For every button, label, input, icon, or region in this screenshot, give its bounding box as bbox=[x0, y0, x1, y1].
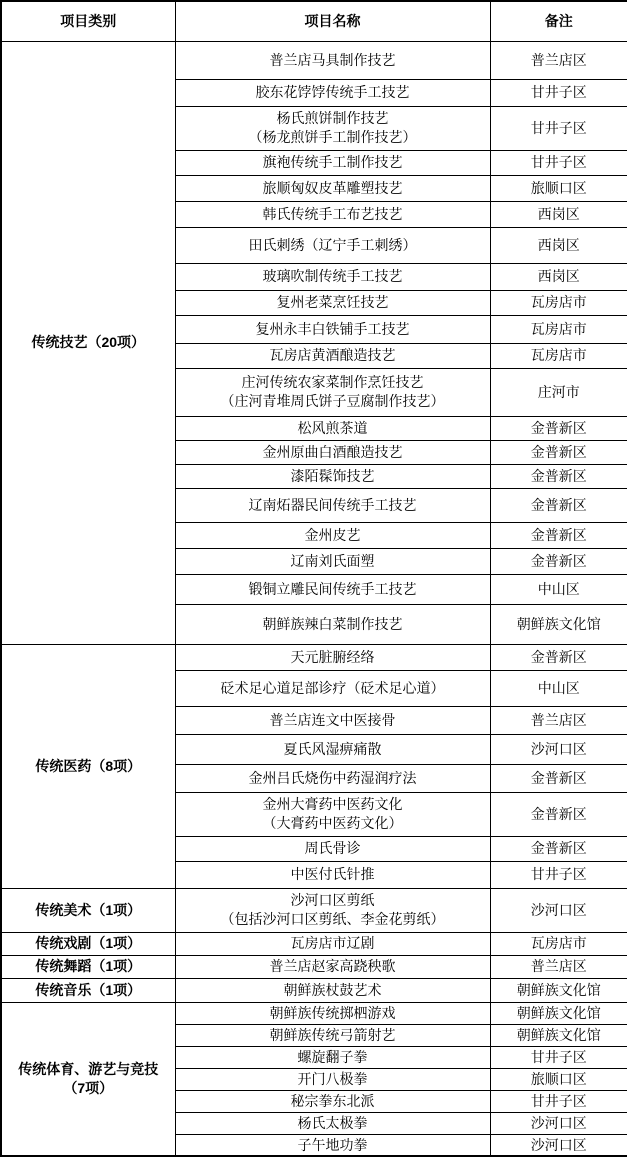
project-name-cell: 旅顺匈奴皮革雕塑技艺 bbox=[175, 175, 490, 201]
note-cell: 金普新区 bbox=[490, 792, 627, 836]
note-cell: 中山区 bbox=[490, 574, 627, 604]
note-cell: 瓦房店市 bbox=[490, 315, 627, 343]
header-note: 备注 bbox=[490, 1, 627, 41]
project-name-cell: 复州老菜烹饪技艺 bbox=[175, 290, 490, 315]
project-name-cell: 朝鲜族辣白菜制作技艺 bbox=[175, 604, 490, 644]
project-name-cell: 秘宗拳东北派 bbox=[175, 1090, 490, 1112]
note-cell: 金普新区 bbox=[490, 764, 627, 792]
project-name-cell: 田氏刺绣（辽宁手工刺绣） bbox=[175, 227, 490, 263]
project-name-cell: 金州皮艺 bbox=[175, 522, 490, 548]
note-cell: 朝鲜族文化馆 bbox=[490, 1002, 627, 1024]
note-cell: 金普新区 bbox=[490, 440, 627, 464]
note-cell: 金普新区 bbox=[490, 522, 627, 548]
category-cell: 传统体育、游艺与竞技 （7项） bbox=[1, 1002, 175, 1156]
note-cell: 沙河口区 bbox=[490, 1134, 627, 1156]
project-name-cell: 金州原曲白酒酿造技艺 bbox=[175, 440, 490, 464]
note-cell: 旅顺口区 bbox=[490, 1068, 627, 1090]
project-name-cell: 松风煎茶道 bbox=[175, 416, 490, 440]
note-cell: 朝鲜族文化馆 bbox=[490, 604, 627, 644]
note-cell: 西岗区 bbox=[490, 227, 627, 263]
project-name-cell: 韩氏传统手工布艺技艺 bbox=[175, 201, 490, 227]
header-category: 项目类别 bbox=[1, 1, 175, 41]
note-cell: 西岗区 bbox=[490, 201, 627, 227]
note-cell: 朝鲜族文化馆 bbox=[490, 978, 627, 1002]
document-page: 项目类别 项目名称 备注 传统技艺（20项）普兰店马具制作技艺普兰店区胶东花饽饽… bbox=[0, 0, 627, 1157]
note-cell: 瓦房店市 bbox=[490, 343, 627, 368]
note-cell: 金普新区 bbox=[490, 464, 627, 488]
project-name-cell: 瓦房店黄酒酿造技艺 bbox=[175, 343, 490, 368]
note-cell: 甘井子区 bbox=[490, 150, 627, 175]
table-row: 传统音乐（1项）朝鲜族杖鼓艺术朝鲜族文化馆 bbox=[1, 978, 627, 1002]
note-cell: 甘井子区 bbox=[490, 106, 627, 150]
note-cell: 甘井子区 bbox=[490, 1046, 627, 1068]
project-name-cell: 庄河传统农家菜制作烹饪技艺 （庄河青堆周氏饼子豆腐制作技艺） bbox=[175, 368, 490, 416]
project-name-cell: 螺旋翻子拳 bbox=[175, 1046, 490, 1068]
header-row: 项目类别 项目名称 备注 bbox=[1, 1, 627, 41]
note-cell: 中山区 bbox=[490, 670, 627, 706]
category-cell: 传统技艺（20项） bbox=[1, 41, 175, 644]
project-name-cell: 旗袍传统手工制作技艺 bbox=[175, 150, 490, 175]
category-cell: 传统舞蹈（1项） bbox=[1, 955, 175, 978]
note-cell: 金普新区 bbox=[490, 644, 627, 670]
project-name-cell: 锻铜立雕民间传统手工技艺 bbox=[175, 574, 490, 604]
table-row: 传统医药（8项）天元脏腑经络金普新区 bbox=[1, 644, 627, 670]
note-cell: 瓦房店市 bbox=[490, 290, 627, 315]
project-name-cell: 朝鲜族传统掷柶游戏 bbox=[175, 1002, 490, 1024]
category-cell: 传统医药（8项） bbox=[1, 644, 175, 888]
project-name-cell: 漆陌髹饰技艺 bbox=[175, 464, 490, 488]
table-row: 传统舞蹈（1项）普兰店赵家高跷秧歌普兰店区 bbox=[1, 955, 627, 978]
project-name-cell: 开门八极拳 bbox=[175, 1068, 490, 1090]
project-name-cell: 金州大膏药中医药文化 （大膏药中医药文化） bbox=[175, 792, 490, 836]
project-name-cell: 杨氏太极拳 bbox=[175, 1112, 490, 1134]
table-row: 传统技艺（20项）普兰店马具制作技艺普兰店区 bbox=[1, 41, 627, 79]
note-cell: 甘井子区 bbox=[490, 861, 627, 888]
header-project-name: 项目名称 bbox=[175, 1, 490, 41]
note-cell: 沙河口区 bbox=[490, 888, 627, 932]
note-cell: 金普新区 bbox=[490, 488, 627, 522]
note-cell: 甘井子区 bbox=[490, 79, 627, 106]
note-cell: 朝鲜族文化馆 bbox=[490, 1024, 627, 1046]
table-row: 传统戏剧（1项）瓦房店市辽剧瓦房店市 bbox=[1, 932, 627, 955]
note-cell: 庄河市 bbox=[490, 368, 627, 416]
project-name-cell: 辽南刘氏面塑 bbox=[175, 548, 490, 574]
category-cell: 传统戏剧（1项） bbox=[1, 932, 175, 955]
table-row: 传统美术（1项）沙河口区剪纸 （包括沙河口区剪纸、李金花剪纸）沙河口区 bbox=[1, 888, 627, 932]
note-cell: 金普新区 bbox=[490, 836, 627, 861]
project-name-cell: 夏氏风湿痹痛散 bbox=[175, 734, 490, 764]
note-cell: 西岗区 bbox=[490, 263, 627, 290]
note-cell: 瓦房店市 bbox=[490, 932, 627, 955]
project-name-cell: 胶东花饽饽传统手工技艺 bbox=[175, 79, 490, 106]
heritage-projects-table: 项目类别 项目名称 备注 传统技艺（20项）普兰店马具制作技艺普兰店区胶东花饽饽… bbox=[0, 0, 627, 1157]
project-name-cell: 沙河口区剪纸 （包括沙河口区剪纸、李金花剪纸） bbox=[175, 888, 490, 932]
project-name-cell: 普兰店赵家高跷秧歌 bbox=[175, 955, 490, 978]
table-header: 项目类别 项目名称 备注 bbox=[1, 1, 627, 41]
note-cell: 金普新区 bbox=[490, 416, 627, 440]
project-name-cell: 子午地功拳 bbox=[175, 1134, 490, 1156]
note-cell: 普兰店区 bbox=[490, 955, 627, 978]
note-cell: 甘井子区 bbox=[490, 1090, 627, 1112]
table-body: 传统技艺（20项）普兰店马具制作技艺普兰店区胶东花饽饽传统手工技艺甘井子区杨氏煎… bbox=[1, 41, 627, 1156]
project-name-cell: 天元脏腑经络 bbox=[175, 644, 490, 670]
note-cell: 旅顺口区 bbox=[490, 175, 627, 201]
project-name-cell: 砭术足心道足部诊疗（砭术足心道） bbox=[175, 670, 490, 706]
project-name-cell: 周氏骨诊 bbox=[175, 836, 490, 861]
note-cell: 沙河口区 bbox=[490, 1112, 627, 1134]
note-cell: 普兰店区 bbox=[490, 41, 627, 79]
project-name-cell: 中医付氏针推 bbox=[175, 861, 490, 888]
note-cell: 普兰店区 bbox=[490, 706, 627, 734]
project-name-cell: 玻璃吹制传统手工技艺 bbox=[175, 263, 490, 290]
category-cell: 传统音乐（1项） bbox=[1, 978, 175, 1002]
project-name-cell: 瓦房店市辽剧 bbox=[175, 932, 490, 955]
project-name-cell: 复州永丰白铁铺手工技艺 bbox=[175, 315, 490, 343]
project-name-cell: 辽南炻器民间传统手工技艺 bbox=[175, 488, 490, 522]
note-cell: 沙河口区 bbox=[490, 734, 627, 764]
note-cell: 金普新区 bbox=[490, 548, 627, 574]
table-row: 传统体育、游艺与竞技 （7项）朝鲜族传统掷柶游戏朝鲜族文化馆 bbox=[1, 1002, 627, 1024]
project-name-cell: 金州吕氏烧伤中药湿润疗法 bbox=[175, 764, 490, 792]
project-name-cell: 朝鲜族杖鼓艺术 bbox=[175, 978, 490, 1002]
project-name-cell: 朝鲜族传统弓箭射艺 bbox=[175, 1024, 490, 1046]
project-name-cell: 普兰店连文中医接骨 bbox=[175, 706, 490, 734]
category-cell: 传统美术（1项） bbox=[1, 888, 175, 932]
project-name-cell: 普兰店马具制作技艺 bbox=[175, 41, 490, 79]
project-name-cell: 杨氏煎饼制作技艺 （杨龙煎饼手工制作技艺） bbox=[175, 106, 490, 150]
